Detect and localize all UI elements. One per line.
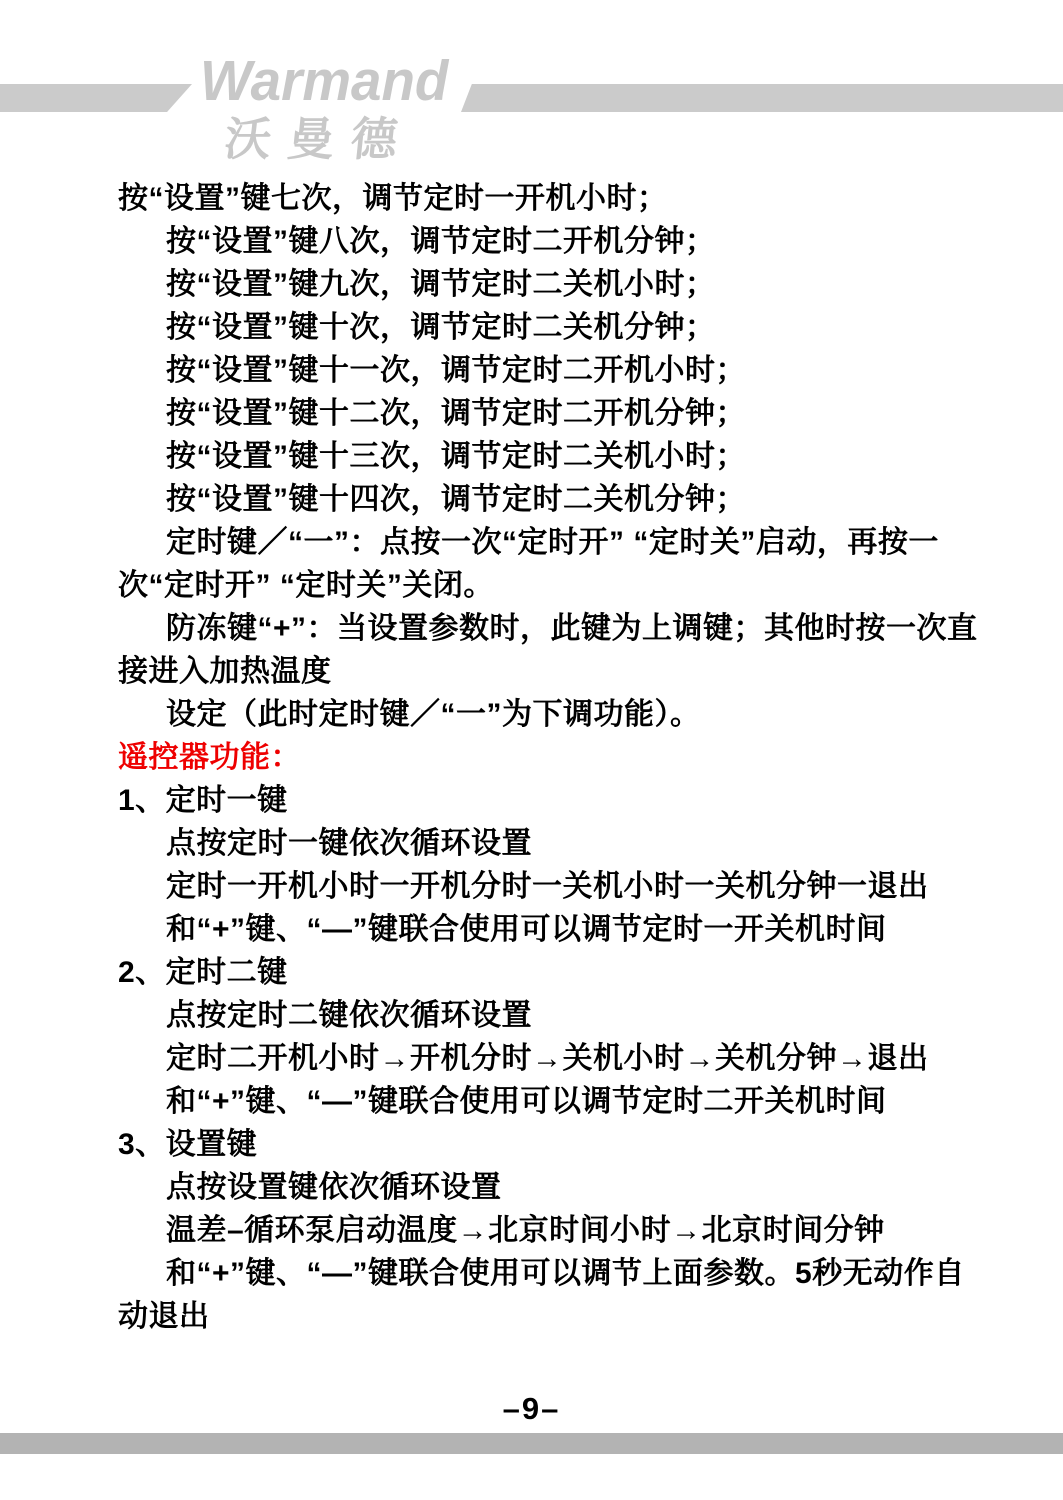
- text-line: 按“设置”键十二次，调节定时二开机分钟；: [118, 392, 953, 435]
- text-line: 按“设置”键十一次，调节定时二开机小时；: [118, 349, 953, 392]
- text-line: 和“+”键、“—”键联合使用可以调节上面参数。5秒无动作自: [118, 1252, 953, 1295]
- text-line: 按“设置”键八次，调节定时二开机分钟；: [118, 220, 953, 263]
- page-number: –9–: [0, 1391, 1063, 1427]
- text-line: 2、定时二键: [118, 951, 953, 994]
- text-line: 和“+”键、“—”键联合使用可以调节定时一开关机时间: [118, 908, 953, 951]
- text-line: 按“设置”键十三次，调节定时二关机小时；: [118, 435, 953, 478]
- text-line: 定时键／“一”：点按一次“定时开” “定时关”启动，再按一: [118, 521, 953, 564]
- text-line: 按“设置”键九次，调节定时二关机小时；: [118, 263, 953, 306]
- header-right-bar: [461, 84, 1063, 112]
- text-line: 防冻键“+”：当设置参数时，此键为上调键；其他时按一次直: [118, 607, 953, 650]
- text-line: 设定（此时定时键／“一”为下调功能）。: [118, 693, 953, 736]
- text-line: 点按定时二键依次循环设置: [118, 994, 953, 1037]
- text-line: 次“定时开” “定时关”关闭。: [118, 564, 953, 607]
- text-line: 点按设置键依次循环设置: [118, 1166, 953, 1209]
- text-line: 温差–循环泵启动温度→北京时间小时→北京时间分钟: [118, 1209, 953, 1252]
- text-line: 按“设置”键十四次，调节定时二关机分钟；: [118, 478, 953, 521]
- text-line: 接进入加热温度: [118, 650, 953, 693]
- text-line: 按“设置”键七次，调节定时一开机小时；: [118, 177, 953, 220]
- text-line: 遥控器功能：: [118, 736, 953, 779]
- text-line: 和“+”键、“—”键联合使用可以调节定时二开关机时间: [118, 1080, 953, 1123]
- document-page: Warmand 沃曼德 按“设置”键七次，调节定时一开机小时；按“设置”键八次，…: [0, 0, 1063, 1500]
- manual-text-block: 按“设置”键七次，调节定时一开机小时；按“设置”键八次，调节定时二开机分钟；按“…: [118, 177, 953, 1338]
- text-line: 动退出: [118, 1295, 953, 1338]
- footer-bar: [0, 1433, 1063, 1454]
- text-line: 点按定时一键依次循环设置: [118, 822, 953, 865]
- header-left-bar: [0, 84, 192, 112]
- text-line: 1、定时一键: [118, 779, 953, 822]
- text-line: 按“设置”键十次，调节定时二关机分钟；: [118, 306, 953, 349]
- text-line: 3、设置键: [118, 1123, 953, 1166]
- brand-logo-chinese: 沃曼德: [222, 103, 418, 169]
- text-line: 定时二开机小时→开机分时→关机小时→关机分钟→退出: [118, 1037, 953, 1080]
- text-line: 定时一开机小时一开机分时一关机小时一关机分钟一退出: [118, 865, 953, 908]
